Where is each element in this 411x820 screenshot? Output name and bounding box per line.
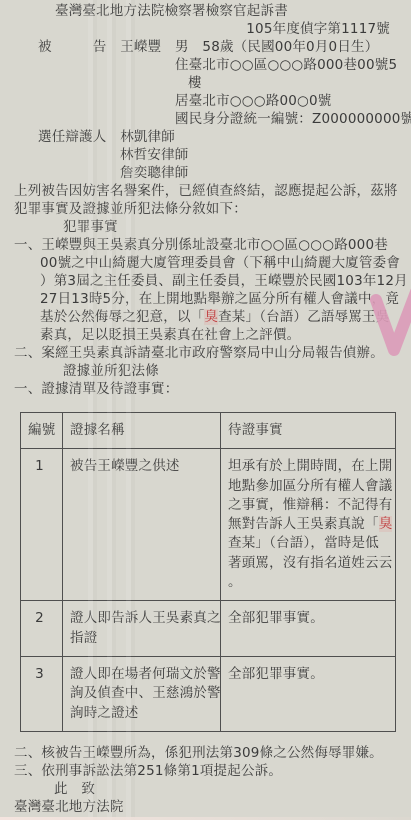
column-header-no: 編號 — [21, 413, 63, 449]
defendant-address-line2: 樓 — [0, 74, 411, 92]
facts-heading: 犯罪事實 — [0, 218, 411, 236]
evidence-heading: 證據並所犯法條 — [0, 362, 411, 380]
indictment-document: 臺灣臺北地方法院檢察署檢察官起訴書 105年度偵字第1117號 被 告 王嶸豐 … — [0, 0, 411, 820]
row3-fact: 全部犯罪事實。 — [221, 656, 396, 731]
closing-court: 臺灣臺北地方法院 — [0, 798, 411, 816]
counsel-line-1: 選任辯護人 林凱律師 — [0, 128, 411, 146]
case-number: 105年度偵字第1117號 — [0, 20, 411, 38]
column-header-fact: 待證事實 — [221, 413, 396, 449]
law-item-3: 三、依刑事訴訟法第251條第1項提起公訴。 — [0, 762, 411, 780]
evidence-table: 編號 證據名稱 待證事實 1 被告王嶸豐之供述 坦承有於上開時間，在上開 地點參… — [20, 412, 396, 732]
row1-fact: 坦承有於上開時間，在上開 地點參加區分所有權人會議 之事實，惟辯稱：不記得有 無… — [221, 449, 396, 601]
red-highlight-char: 臭 — [379, 516, 393, 532]
law-item-2: 二、核被告王嶸豐所為，係犯刑法第309條之公然侮辱罪嫌。 — [0, 744, 411, 762]
evidence-item-1: 一、證據清單及待證事實： — [0, 380, 411, 398]
row2-name: 證人即告訴人王吳素真之 指證 — [63, 601, 221, 657]
row1-fact-post: 查某」（台語），當時是低 著頭罵，沒有指名道姓云云 。 — [228, 535, 392, 590]
closing-salutation: 此 致 — [0, 780, 411, 798]
red-highlight-char: 臭 — [204, 309, 218, 325]
intro-line-2: 犯罪事實及證據並所犯法條分敘如下： — [0, 200, 411, 218]
intro-line-1: 上列被告因妨害名譽案件，已經偵查終結，認應提起公訴，茲將 — [0, 182, 411, 200]
document-title: 臺灣臺北地方法院檢察署檢察官起訴書 — [0, 2, 411, 20]
row2-fact: 全部犯罪事實。 — [221, 601, 396, 657]
evidence-table-row-1: 1 被告王嶸豐之供述 坦承有於上開時間，在上開 地點參加區分所有權人會議 之事實… — [21, 449, 396, 601]
facts-item-2: 二、案經王吳素真訴請臺北市政府警察局中山分局報告偵辦。 — [0, 344, 411, 362]
column-header-name: 證據名稱 — [63, 413, 221, 449]
evidence-table-header-row: 編號 證據名稱 待證事實 — [21, 413, 396, 449]
row1-fact-pre: 坦承有於上開時間，在上開 地點參加區分所有權人會議 之事實，惟辯稱：不記得有 無… — [228, 458, 392, 532]
defendant-line: 被 告 王嶸豐 男 58歲（民國00年0月0日生） — [0, 38, 411, 56]
defendant-id-number: 國民身分證統一編號：Z000000000號 — [0, 110, 411, 128]
defendant-address-line1: 住臺北市○○區○○○路000巷00號5 — [0, 56, 411, 74]
row3-no: 3 — [21, 656, 63, 731]
facts-item-1: 一、王嶸豐與王吳素真分別係址設臺北市○○區○○○路000巷 00號之中山綺麗大廈… — [0, 236, 411, 344]
row3-name: 證人即在場者何瑞文於警 詢及偵查中、王慈鴻於警 詢時之證述 — [63, 656, 221, 731]
counsel-line-3: 詹奕聰律師 — [0, 164, 411, 182]
evidence-table-row-2: 2 證人即告訴人王吳素真之 指證 全部犯罪事實。 — [21, 601, 396, 657]
defendant-residence: 居臺北市○○○路00○0號 — [0, 92, 411, 110]
counsel-line-2: 林哲安律師 — [0, 146, 411, 164]
row1-no: 1 — [21, 449, 63, 601]
row1-name: 被告王嶸豐之供述 — [63, 449, 221, 601]
evidence-table-row-3: 3 證人即在場者何瑞文於警 詢及偵查中、王慈鴻於警 詢時之證述 全部犯罪事實。 — [21, 656, 396, 731]
row2-no: 2 — [21, 601, 63, 657]
